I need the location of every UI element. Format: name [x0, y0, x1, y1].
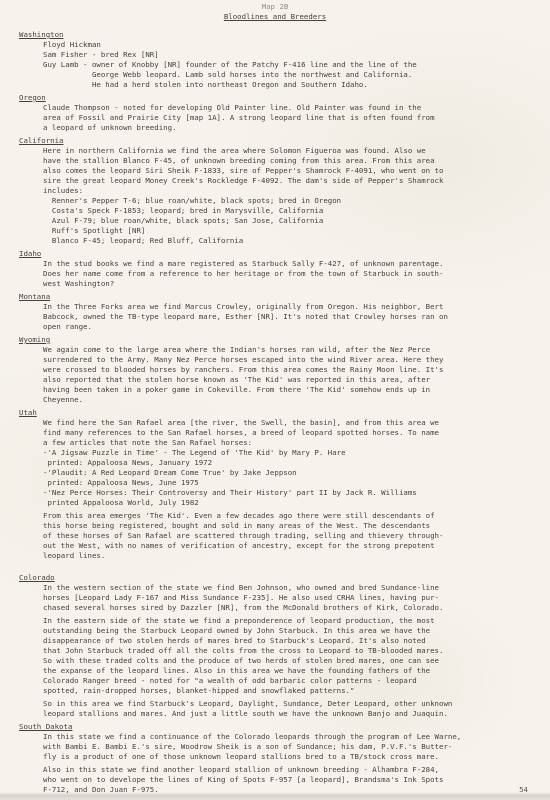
section-heading-oregon: Oregon — [19, 93, 550, 103]
text-line: Cheyenne. — [43, 395, 550, 405]
text-line: In the western section of the state we f… — [43, 583, 550, 593]
text-line: includes: — [43, 186, 550, 196]
section-idaho: IdahoIn the stud books we find a mare re… — [0, 249, 550, 289]
text-line: this horse being registered, bought and … — [43, 521, 550, 531]
text-line: also comes the leopard Siri Sheik F-1833… — [43, 166, 550, 176]
text-line: George Webb leopard. Lamb sold horses in… — [43, 70, 550, 80]
text-line: disappearance of two stolen herds of mar… — [43, 636, 550, 646]
text-line: were crossed to blooded horses by ranche… — [43, 365, 550, 375]
text-line: chased several horses sired by Dazzler [… — [43, 603, 550, 613]
text-line: -'Plaudit: A Red Leopard Dream Come True… — [43, 468, 550, 478]
text-line: printed Appaloosa World, July 1982 — [43, 498, 550, 508]
text-line: the expanse of the leopard lines. Also i… — [43, 666, 550, 676]
section-heading-wyoming: Wyoming — [19, 335, 550, 345]
oregon-paragraph: Claude Thompson - noted for developing O… — [0, 103, 550, 133]
text-line: out the West, with no names of verificat… — [43, 541, 550, 551]
text-line: -'Nez Perce Horses: Their Controversy an… — [43, 488, 550, 498]
text-line: Azul F-79; blue roan/white, black spots;… — [43, 216, 550, 226]
section-heading-california: California — [19, 136, 550, 146]
text-line: Sam Fisher - bred Rex [NR] — [43, 50, 550, 60]
montana-paragraph: In the Three Forks area we find Marcus C… — [0, 302, 550, 332]
text-line: who went on to develope the lines of Kin… — [43, 775, 550, 785]
text-line: F-712, and Don Juan F-975. — [43, 785, 550, 795]
section-california: CaliforniaHere in northern California we… — [0, 136, 550, 246]
text-line: In the eastern side of the state we find… — [43, 616, 550, 626]
text-line: Also in this state we find another leopa… — [43, 765, 550, 775]
text-line: outstanding being the Starbuck Leopard o… — [43, 626, 550, 636]
text-line: find many references to the San Rafael h… — [43, 428, 550, 438]
text-line: Blanco F-45; leopard; Red Bluff, Califor… — [43, 236, 550, 246]
text-line: a few articles that note the San Rafael … — [43, 438, 550, 448]
text-line: spotted, rain-dropped horses, blanket-hi… — [43, 686, 550, 696]
text-line: Ruff's Spotlight [NR] — [43, 226, 550, 236]
document-header: Map 2B Bloodlines and Breeders — [0, 0, 550, 22]
section-heading-colorado: Colorado — [19, 573, 550, 583]
text-line: Guy Lamb - owner of Knobby [NR] founder … — [43, 60, 550, 70]
section-heading-idaho: Idaho — [19, 249, 550, 259]
section-heading-south-dakota: South Dakota — [19, 722, 550, 732]
text-line: Babcock, owned the TB-type leopard mare,… — [43, 312, 550, 322]
text-line: Renner's Pepper T-6; blue roan/white, bl… — [43, 196, 550, 206]
idaho-paragraph: In the stud books we find a mare registe… — [0, 259, 550, 289]
text-line: printed: Appaloosa News, June 1975 — [43, 478, 550, 488]
text-line: west Washington? — [43, 279, 550, 289]
text-line: have the stallion Blanco F-45, of unknow… — [43, 156, 550, 166]
washington-paragraph: Floyd HickmanSam Fisher - bred Rex [NR]G… — [0, 40, 550, 90]
map-label: Map 2B — [0, 2, 550, 12]
text-line: area of Fossil and Prairie City [map 1A]… — [43, 113, 550, 123]
section-colorado: ColoradoIn the western section of the st… — [0, 573, 550, 719]
text-line: Colorado Ranger breed - noted for "a wea… — [43, 676, 550, 686]
text-line: open range. — [43, 322, 550, 332]
utah-paragraph: -'A Jigsaw Puzzle in Time' - The Legend … — [0, 448, 550, 508]
section-utah: UtahWe find here the San Rafael area [th… — [0, 408, 550, 561]
text-line: of these horses of San Rafael are scatte… — [43, 531, 550, 541]
text-line: Costa's Speck F-1853; leopard; bred in M… — [43, 206, 550, 216]
text-line: having been taken in a poker game in Cok… — [43, 385, 550, 395]
text-line: surrendered to the Army. Many Nez Perce … — [43, 355, 550, 365]
text-line: a leopard of unknown breeding. — [43, 123, 550, 133]
text-line: We again come to the large area where th… — [43, 345, 550, 355]
text-line: leopard stallions and mares. And just a … — [43, 709, 550, 719]
text-line: with Bambi E. Bambi E.'s sire, Woodrow S… — [43, 742, 550, 752]
page-number: 54 — [519, 785, 528, 795]
california-paragraph: Here in northern California we find the … — [0, 146, 550, 196]
section-heading-montana: Montana — [19, 292, 550, 302]
text-line: -'A Jigsaw Puzzle in Time' - The Legend … — [43, 448, 550, 458]
section-oregon: OregonClaude Thompson - noted for develo… — [0, 93, 550, 133]
text-line: So with these traded colts and the produ… — [43, 656, 550, 666]
text-line: Claude Thompson - noted for developing O… — [43, 103, 550, 113]
colorado-paragraph: So in this area we find Starbuck's Leopa… — [0, 699, 550, 719]
section-heading-washington: Washington — [19, 30, 550, 40]
text-line: Does her name come from a reference to h… — [43, 269, 550, 279]
colorado-paragraph: In the western section of the state we f… — [0, 583, 550, 613]
south-dakota-paragraph: In this state we find a continuance of t… — [0, 732, 550, 762]
section-south-dakota: South DakotaIn this state we find a cont… — [0, 722, 550, 795]
text-line: horses [Leopard Lady F-167 and Miss Sund… — [43, 593, 550, 603]
california-paragraph: Renner's Pepper T-6; blue roan/white, bl… — [0, 196, 550, 246]
wyoming-paragraph: We again come to the large area where th… — [0, 345, 550, 405]
section-washington: WashingtonFloyd HickmanSam Fisher - bred… — [0, 30, 550, 90]
text-line: So in this area we find Starbuck's Leopa… — [43, 699, 550, 709]
section-heading-utah: Utah — [19, 408, 550, 418]
section-montana: MontanaIn the Three Forks area we find M… — [0, 292, 550, 332]
utah-paragraph: From this area emerges 'The Kid'. Even a… — [0, 511, 550, 561]
text-line: In the stud books we find a mare registe… — [43, 259, 550, 269]
text-line: In this state we find a continuance of t… — [43, 732, 550, 742]
scanned-document-page: Map 2B Bloodlines and Breeders Washingto… — [0, 0, 550, 800]
south-dakota-paragraph: Also in this state we find another leopa… — [0, 765, 550, 795]
page-title: Bloodlines and Breeders — [0, 12, 550, 22]
text-line: Here in northern California we find the … — [43, 146, 550, 156]
text-line: sire the great leopard Money Creek's Roc… — [43, 176, 550, 186]
text-line: also reported that the stolen horse know… — [43, 375, 550, 385]
text-line: From this area emerges 'The Kid'. Even a… — [43, 511, 550, 521]
text-line: Floyd Hickman — [43, 40, 550, 50]
document-body: WashingtonFloyd HickmanSam Fisher - bred… — [0, 30, 550, 795]
text-line: that John Starbuck traded off all the co… — [43, 646, 550, 656]
colorado-paragraph: In the eastern side of the state we find… — [0, 616, 550, 696]
utah-paragraph: We find here the San Rafael area [the ri… — [0, 418, 550, 448]
text-line: In the Three Forks area we find Marcus C… — [43, 302, 550, 312]
text-line: We find here the San Rafael area [the ri… — [43, 418, 550, 428]
text-line: fly is a product of one of those unknown… — [43, 752, 550, 762]
section-wyoming: WyomingWe again come to the large area w… — [0, 335, 550, 405]
text-line: He had a herd stolen into northeast Oreg… — [43, 80, 550, 90]
text-line: printed: Appaloosa News, January 1972 — [43, 458, 550, 468]
text-line: leopard lines. — [43, 551, 550, 561]
